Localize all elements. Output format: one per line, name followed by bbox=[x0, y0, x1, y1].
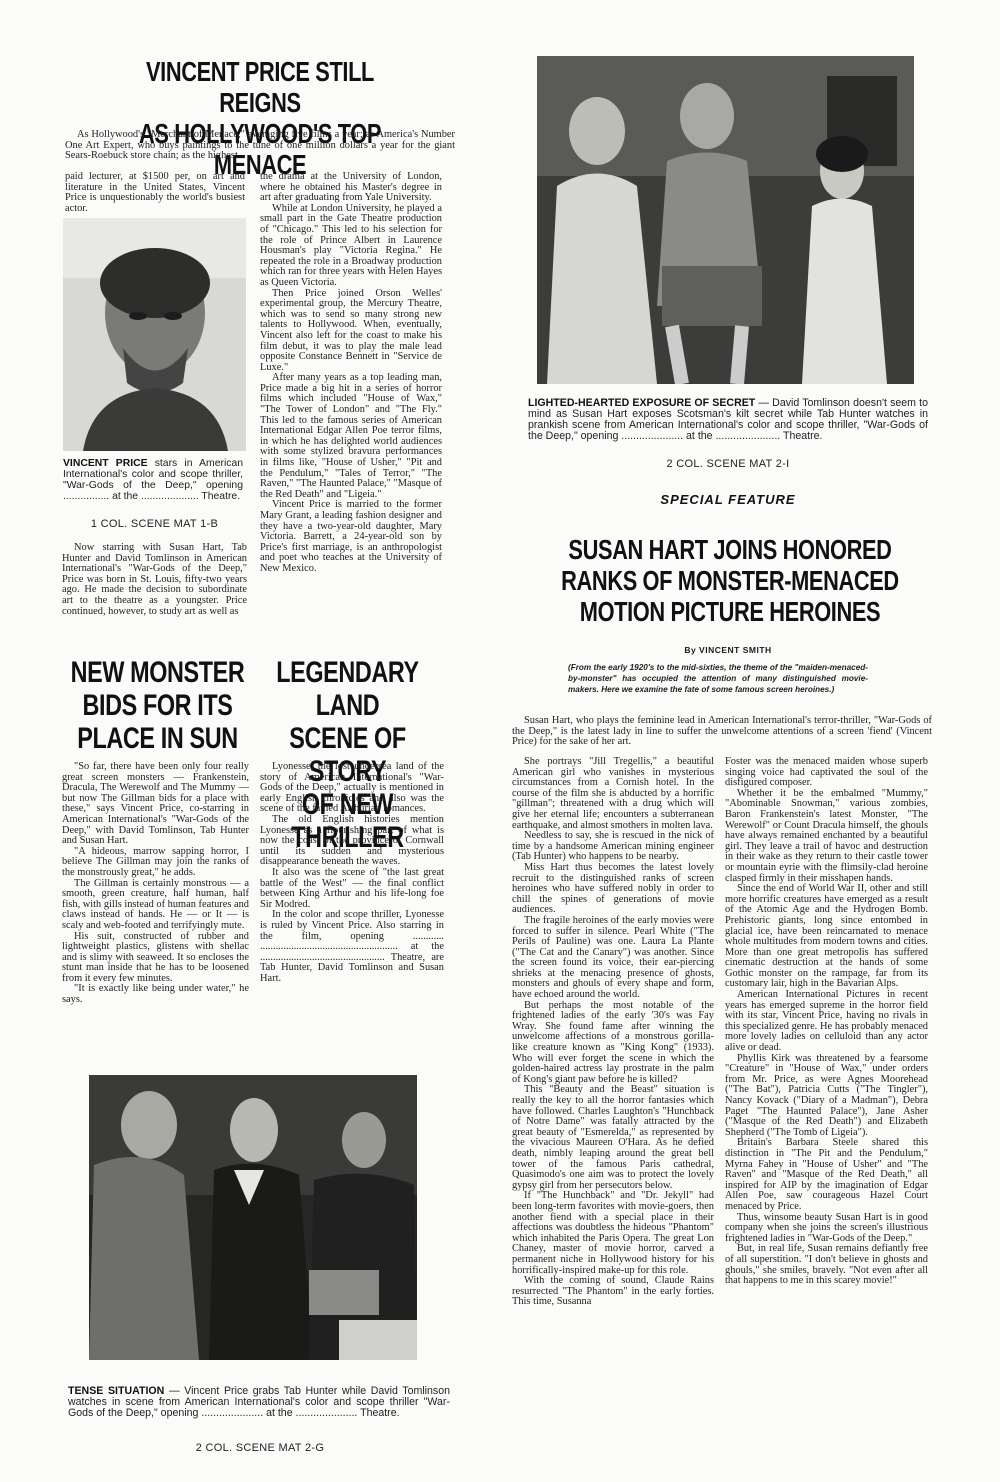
article1-col1-top: paid lecturer, at $1500 per, on art and … bbox=[65, 172, 245, 214]
tense-photo-caption: TENSE SITUATION — Vincent Price grabs Ta… bbox=[68, 1386, 450, 1419]
article4-intro: (From the early 1920's to the mid-sixtie… bbox=[568, 662, 868, 695]
article3-body: Lyonesse, the lost undersea land of the … bbox=[260, 762, 444, 984]
article1-photo-caption: VINCENT PRICE stars in American Internat… bbox=[63, 458, 243, 502]
article4-byline: By VINCENT SMITH bbox=[528, 645, 928, 655]
article4-lead: Susan Hart, who plays the feminine lead … bbox=[512, 716, 932, 748]
article1-lead: As Hollywood's "Merchant of Menace," ave… bbox=[65, 130, 455, 162]
portrait-image-icon bbox=[63, 218, 246, 451]
tense-situation-photo bbox=[89, 1075, 417, 1360]
article1-mat-label: 1 COL. SCENE MAT 1-B bbox=[63, 518, 246, 530]
kilt-photo-caption: LIGHTED-HEARTED EXPOSURE OF SECRET — Dav… bbox=[528, 398, 928, 442]
article4-headline: SUSAN HART JOINS HONORED RANKS OF MONSTE… bbox=[535, 534, 925, 627]
special-feature-kicker: SPECIAL FEATURE bbox=[528, 492, 928, 507]
scene-image-icon bbox=[537, 56, 914, 384]
article2-headline: NEW MONSTER BIDS FOR ITS PLACE IN SUN bbox=[66, 656, 249, 755]
article4-col1: She portrays "Jill Tregellis," a beautif… bbox=[512, 757, 714, 1308]
article4-col2: Foster was the menaced maiden whose supe… bbox=[725, 757, 928, 1287]
headline-line: VINCENT PRICE STILL REIGNS bbox=[104, 56, 416, 118]
article2-body: "So far, there have been only four reall… bbox=[62, 762, 249, 1006]
scene-image-icon bbox=[89, 1075, 417, 1360]
article1-col1-bottom: Now starring with Susan Hart, Tab Hunter… bbox=[62, 543, 247, 617]
vincent-price-portrait bbox=[63, 218, 246, 451]
article1-col2: the drama at the University of London, w… bbox=[260, 172, 442, 575]
tense-mat-label: 2 COL. SCENE MAT 2-G bbox=[60, 1442, 460, 1454]
kilt-scene-photo bbox=[537, 56, 914, 384]
kilt-mat-label: 2 COL. SCENE MAT 2-I bbox=[528, 458, 928, 470]
